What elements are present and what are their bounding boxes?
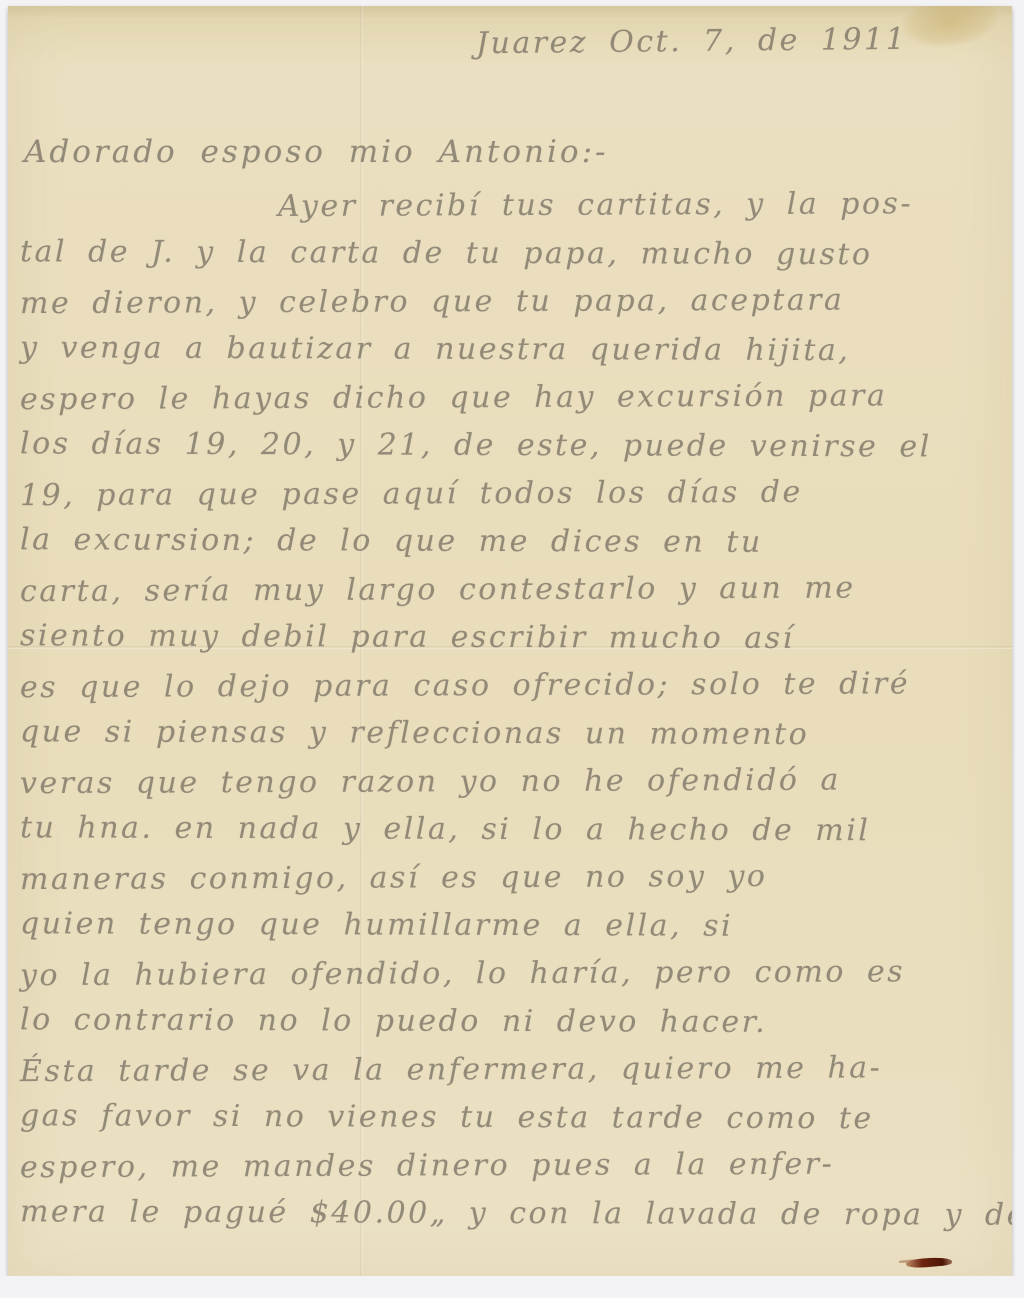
dateline: Juarez Oct. 7, de 1911 [476, 22, 908, 62]
letter-line: gas favor si no vienes tu esta tarde com… [20, 1092, 1012, 1143]
letter-line: Ésta tarde se va la enfermera, quiero me… [20, 1044, 1012, 1096]
letter-line: siento muy debil para escribir mucho así [20, 612, 1012, 663]
letter-line: espero le hayas dicho que hay excursión … [20, 372, 1012, 424]
letter-line: los días 19, 20, y 21, de este, puede ve… [20, 420, 1012, 471]
letter-line: mera le pagué $40.00„ y con la lavada de… [20, 1188, 1012, 1239]
letter-line: espero, me mandes dinero pues a la enfer… [20, 1140, 1012, 1192]
letter-page: Juarez Oct. 7, de 1911 Adorado esposo mi… [8, 6, 1012, 1276]
letter-line: es que lo dejo para caso ofrecido; solo … [20, 660, 1012, 712]
letter-line: que si piensas y refleccionas un momento [20, 708, 1012, 759]
letter-line: yo la hubiera ofendido, lo haría, pero c… [20, 948, 1012, 1000]
red-stain-mark [906, 1256, 953, 1269]
letter-line: tal de J. y la carta de tu papa, mucho g… [20, 228, 1012, 279]
letter-line: Ayer recibí tus cartitas, y la pos- [20, 180, 1012, 232]
age-stain [899, 6, 1001, 52]
letter-body: Ayer recibí tus cartitas, y la pos- tal … [20, 182, 1012, 1238]
letter-line: tu hna. en nada y ella, si lo a hecho de… [20, 804, 1012, 855]
letter-line: y venga a bautizar a nuestra querida hij… [20, 324, 1012, 375]
letter-line: veras que tengo razon yo no he ofendidó … [20, 756, 1012, 808]
salutation: Adorado esposo mio Antonio:- [24, 134, 609, 170]
letter-line: quien tengo que humillarme a ella, si [20, 900, 1012, 951]
letter-line: lo contrario no lo puedo ni devo hacer. [20, 996, 1012, 1047]
letter-line: 19, para que pase aquí todos los días de [20, 468, 1012, 520]
scan-background-strip [0, 1276, 1024, 1298]
letter-line: carta, sería muy largo contestarlo y aun… [20, 564, 1012, 616]
letter-line: me dieron, y celebro que tu papa, acepta… [20, 276, 1012, 328]
letter-line: la excursion; de lo que me dices en tu [20, 516, 1012, 567]
letter-line: maneras conmigo, así es que no soy yo [20, 852, 1012, 904]
scanned-letter: Juarez Oct. 7, de 1911 Adorado esposo mi… [0, 0, 1024, 1298]
